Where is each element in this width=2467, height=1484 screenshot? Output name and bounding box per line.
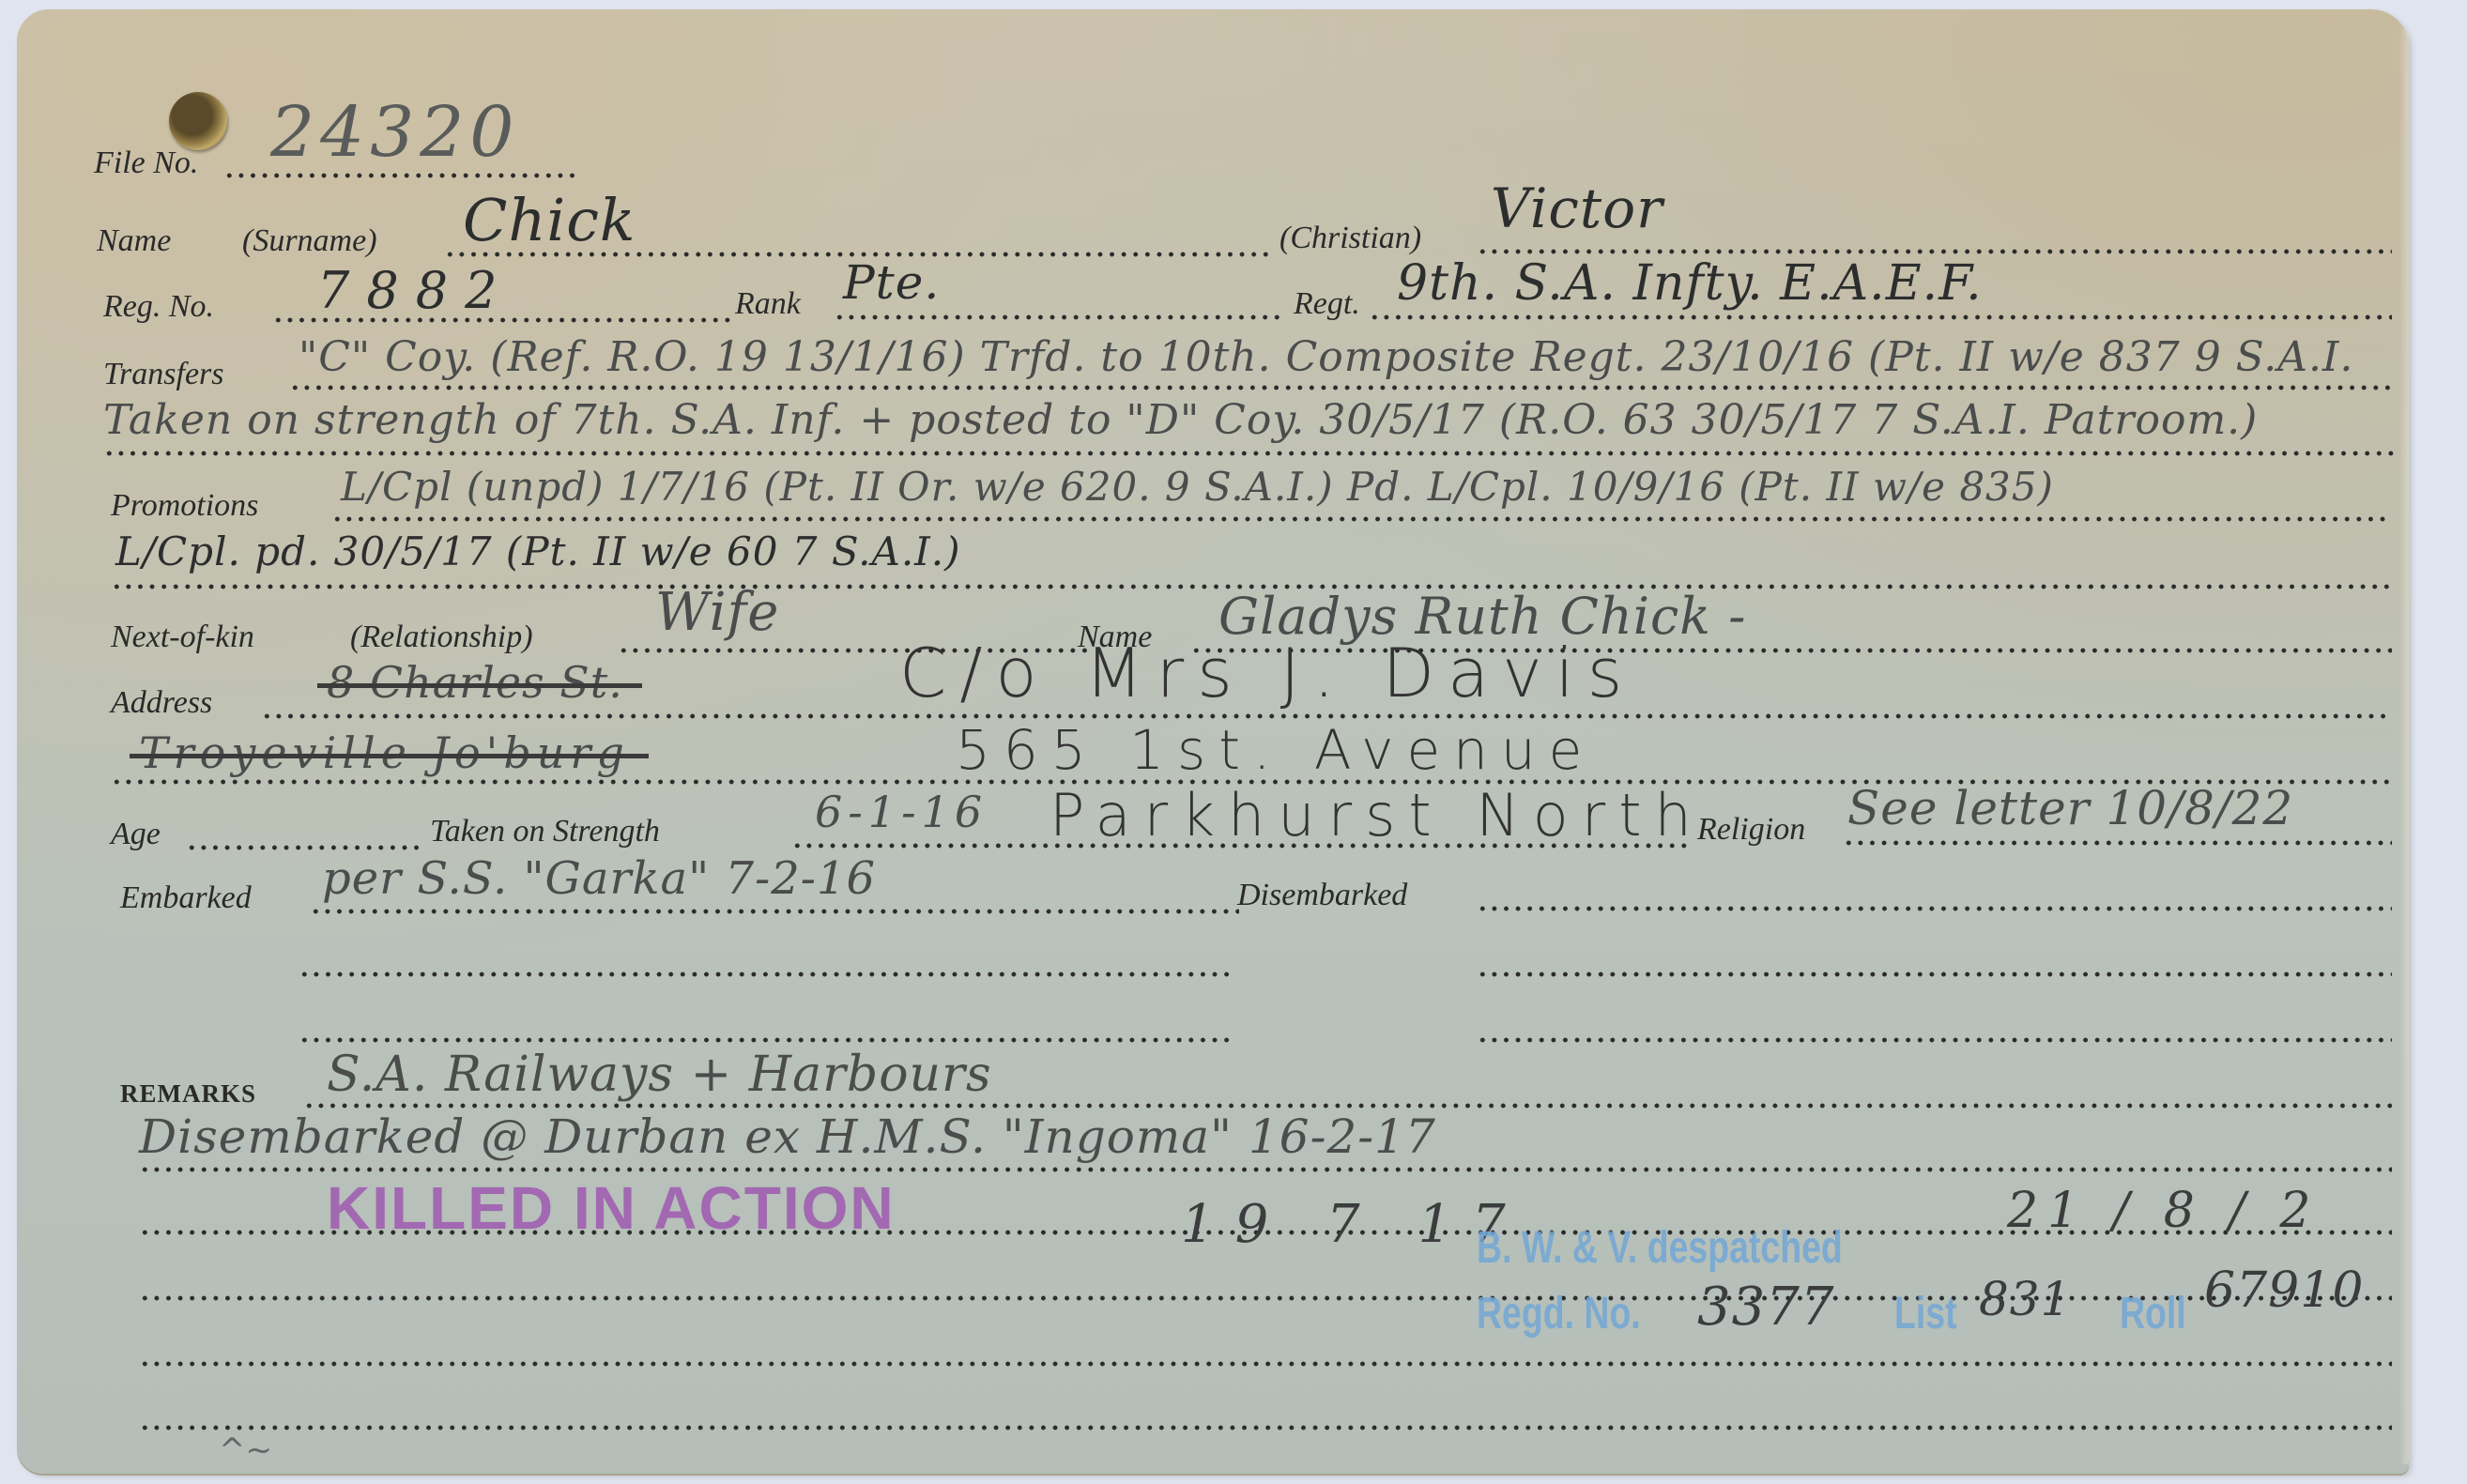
religion-value: See letter 10/8/22 xyxy=(1847,781,2293,835)
address-struck-2: Troyeville Jo'burg xyxy=(139,727,630,778)
bwv-regd-value: 3377 xyxy=(1697,1277,1835,1338)
surname-value: Chick xyxy=(463,186,636,254)
death-date: 19 7 17 xyxy=(1181,1194,1526,1255)
christian-value: Victor xyxy=(1491,176,1663,240)
service-record-card: File No. 24320 Name (Surname) Chick (Chr… xyxy=(17,9,2409,1474)
remarks-line-2 xyxy=(139,1167,2392,1172)
reg-no-value: 7882 xyxy=(317,261,513,320)
transfers-text-1: "C" Coy. (Ref. R.O. 19 13/1/16) Trfd. to… xyxy=(299,333,2353,381)
rank-value: Pte. xyxy=(843,255,940,310)
transfers-label: Transfers xyxy=(103,357,224,392)
remarks-line-6 xyxy=(139,1425,2392,1430)
surname-label: (Surname) xyxy=(242,223,377,259)
relationship-value: Wife xyxy=(655,582,779,643)
brass-rivet xyxy=(169,92,227,150)
embarked-value: per S.S. "Garka" 7-2-16 xyxy=(322,852,876,905)
bwv-despatched-stamp: B. W. & V. despatched xyxy=(1477,1222,1843,1274)
taken-on-strength-value: 6-1-16 xyxy=(815,787,988,837)
remarks-line-1 xyxy=(303,1103,2392,1109)
blank-line-left-2 xyxy=(299,1037,1233,1043)
embarked-label: Embarked xyxy=(120,880,252,916)
religion-label: Religion xyxy=(1697,812,1805,848)
name-label: Name xyxy=(97,223,171,259)
age-line xyxy=(186,845,421,850)
transfers-text-2: Taken on strength of 7th. S.A. Inf. + po… xyxy=(103,396,2258,444)
blank-line-right-2 xyxy=(1477,1037,2392,1043)
bwv-list-value: 831 xyxy=(1979,1272,2071,1326)
disembarked-line xyxy=(1477,906,2392,911)
address-label: Address xyxy=(111,685,212,721)
age-label: Age xyxy=(111,817,161,852)
embarked-line xyxy=(310,909,1239,914)
promotions-label: Promotions xyxy=(111,488,258,524)
reg-no-label: Reg. No. xyxy=(103,289,214,325)
file-no-label: File No. xyxy=(94,145,198,181)
promotions-text-1: L/Cpl (unpd) 1/7/16 (Pt. II Or. w/e 620.… xyxy=(341,464,2054,510)
christian-label: (Christian) xyxy=(1279,221,1421,256)
christian-line xyxy=(1477,249,2392,254)
transfers-line-2 xyxy=(103,451,2394,456)
remarks-label: REMARKS xyxy=(120,1079,256,1109)
disembarked-label: Disembarked xyxy=(1237,878,1407,913)
bwv-regd-label: Regd. No. xyxy=(1477,1288,1641,1339)
file-no-line xyxy=(223,173,580,178)
corner-pencil-mark: ^~ xyxy=(219,1431,272,1469)
rank-label: Rank xyxy=(735,286,801,322)
regt-label: Regt. xyxy=(1294,286,1360,322)
address-current-1: C/o Mrs J. Davis xyxy=(899,634,1635,712)
next-of-kin-label: Next-of-kin xyxy=(111,620,254,655)
promotions-line-1 xyxy=(331,516,2392,522)
address-struck-1: 8 Charles St. xyxy=(327,657,623,708)
address-current-2: 565 1st. Avenue xyxy=(956,718,1595,782)
file-no-value: 24320 xyxy=(270,92,519,173)
bwv-roll-label: Roll xyxy=(2120,1288,2186,1339)
promotions-text-2: L/Cpl. pd. 30/5/17 (Pt. II w/e 60 7 S.A.… xyxy=(115,528,961,574)
bwv-despatched-value: 21 / 8 / 2 xyxy=(2007,1183,2321,1239)
relationship-label: (Relationship) xyxy=(350,620,533,655)
regt-line xyxy=(1369,314,2392,320)
blank-line-right-1 xyxy=(1477,971,2392,977)
rank-line xyxy=(834,314,1284,320)
address-current-3: Parkhurst North xyxy=(1050,781,1705,849)
remarks-line-5 xyxy=(139,1361,2392,1367)
blank-line-left-1 xyxy=(299,971,1233,977)
bwv-roll-value: 67910 xyxy=(2204,1262,2364,1319)
taken-on-strength-label: Taken on Strength xyxy=(430,814,660,849)
transfers-line-1 xyxy=(289,385,2392,390)
remarks-text-2: Disembarked @ Durban ex H.M.S. "Ingoma" … xyxy=(139,1109,1436,1164)
regt-value: 9th. S.A. Infty. E.A.E.F. xyxy=(1397,255,1983,312)
religion-line xyxy=(1843,840,2392,846)
remarks-text-1: S.A. Railways + Harbours xyxy=(327,1047,992,1103)
bwv-list-label: List xyxy=(1894,1288,1957,1339)
